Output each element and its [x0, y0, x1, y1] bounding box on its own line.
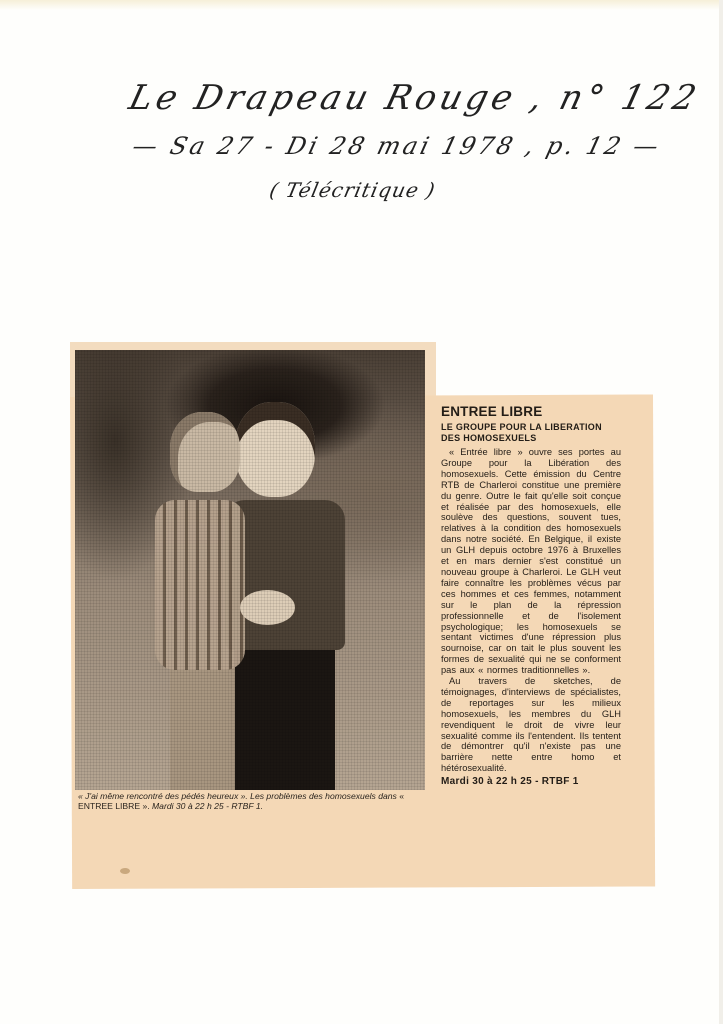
caption-schedule: Mardi 30 à 22 h 25 - RTBF 1.: [150, 801, 263, 811]
caption-text: Les problèmes des homosexuels dans: [248, 791, 399, 801]
paper-stain: [120, 868, 130, 874]
handwritten-date: — Sa 27 - Di 28 mai 1978 , p. 12 —: [130, 132, 665, 160]
clipping-photo: [75, 350, 425, 790]
photo-caption: « J'ai même rencontré des pédés heureux …: [78, 791, 438, 811]
figure-right-sweater: [225, 500, 345, 650]
article-body: « Entrée libre » ouvre ses portes au Gro…: [441, 447, 621, 774]
figure-left-head: [170, 412, 240, 492]
handwritten-source: Le Drapeau Rouge , n° 122: [125, 78, 704, 118]
broadcast-schedule: Mardi 30 à 22 h 25 - RTBF 1: [441, 776, 621, 787]
figure-hand: [240, 590, 295, 625]
article-title: ENTREE LIBRE: [441, 404, 621, 419]
figure-right-head: [235, 402, 315, 497]
figure-left-legs: [170, 660, 240, 790]
page-right-edge: [719, 0, 723, 1024]
handwritten-section: ( Télécritique ): [267, 178, 437, 202]
article-paragraph-2: Au travers de sketches, de témoignages, …: [441, 676, 621, 774]
page-top-edge: [0, 0, 723, 10]
article-column: ENTREE LIBRE LE GROUPE POUR LA LIBERATIO…: [441, 404, 621, 787]
figure-left-plaid-shirt: [155, 500, 245, 670]
caption-quote: « J'ai même rencontré des pédés heureux …: [78, 791, 248, 801]
figure-right-legs: [235, 640, 335, 790]
article-subtitle: LE GROUPE POUR LA LIBERATION DES HOMOSEX…: [441, 422, 621, 444]
article-paragraph-1: « Entrée libre » ouvre ses portes au Gro…: [441, 447, 621, 676]
